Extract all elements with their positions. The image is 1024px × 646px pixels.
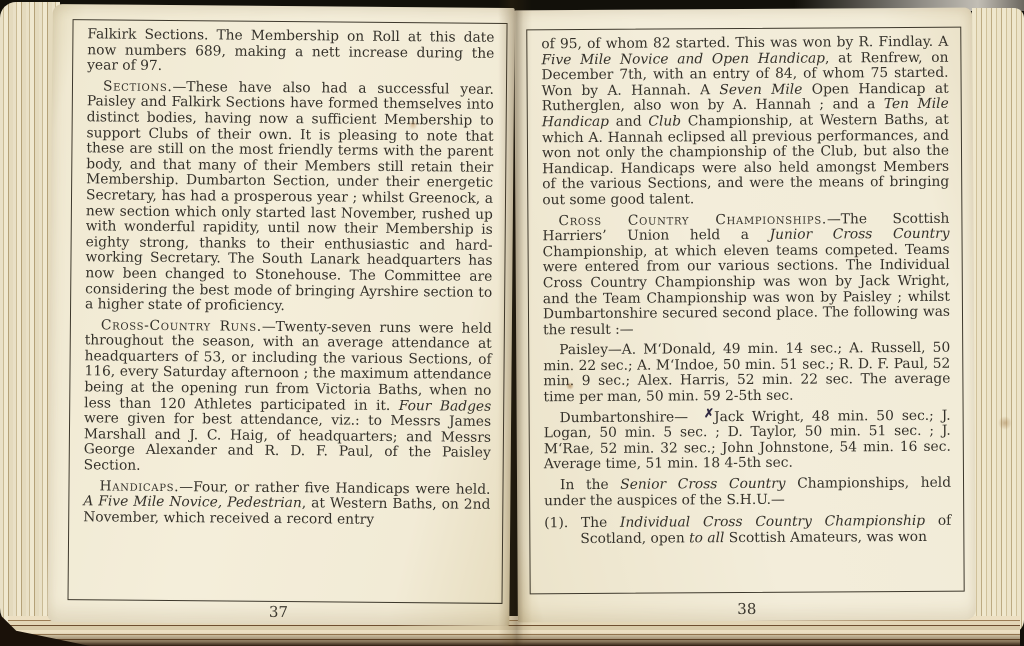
para-sections: Sections.—These have also had a successf…	[85, 79, 494, 316]
italic-text: Club	[648, 113, 681, 129]
para-paisley-result: Paisley—A. M‘Donald, 49 min. 14 sec.; A.…	[543, 341, 950, 406]
para-falkirk-membership: Falkirk Sections. The Membership on Roll…	[87, 27, 494, 77]
body-text: and	[609, 114, 649, 130]
para-cross-country-runs: Cross-Country Runs.—Twenty-seven runs we…	[84, 318, 492, 477]
right-page: of 95, of whom 82 started. This was won …	[514, 8, 976, 623]
para-dumbartonshire-result: Dumbartonshire—✗Jack Wright, 48 min. 50 …	[544, 408, 951, 473]
page-edges-right	[972, 8, 1024, 634]
page-number-left: 37	[47, 601, 509, 623]
body-text: —These have also had a successful year. …	[85, 79, 494, 314]
italic-text: Junior Cross Country	[769, 226, 949, 243]
para-handicaps-continued: of 95, of whom 82 started. This was won …	[541, 35, 949, 209]
body-text: In the	[560, 477, 620, 493]
book-photo: Falkirk Sections. The Membership on Roll…	[0, 0, 1024, 646]
body-text: Dumbartonshire—	[560, 409, 688, 426]
para-handicaps: Handicaps.—Four, or rather five Handicap…	[83, 479, 490, 529]
para-cross-country-championships: Cross Country Championships.—The Scottis…	[542, 211, 950, 338]
italic-text: Seven Mile	[719, 81, 802, 98]
italic-text: to all	[689, 530, 724, 546]
section-heading: Handicaps.	[99, 478, 179, 495]
body-text: were given for best attendance, viz.: to…	[84, 411, 492, 474]
right-page-rule-border: of 95, of whom 82 started. This was won …	[526, 27, 964, 595]
body-text: Championship, at which eleven teams comp…	[543, 241, 950, 337]
section-heading: Sections.	[103, 78, 173, 95]
body-text: Paisley—A. M‘Donald, 49 min. 14 sec.; A.…	[543, 340, 950, 405]
left-page: Falkirk Sections. The Membership on Roll…	[47, 4, 514, 626]
body-text: Falkirk Sections. The Membership on Roll…	[87, 26, 494, 74]
section-heading: Cross-Country Runs.	[101, 317, 262, 334]
body-text: (1). The	[544, 515, 620, 531]
body-text: Scottish Amateurs, was won	[724, 529, 927, 546]
italic-text: Senior Cross Country	[620, 476, 785, 493]
page-number-right: 38	[518, 599, 976, 620]
para-senior-championships: In the Senior Cross Country Championship…	[544, 476, 951, 510]
left-page-rule-border: Falkirk Sections. The Membership on Roll…	[68, 19, 508, 604]
italic-text: Four Badges	[399, 398, 492, 415]
para-list-item-1: (1). The Individual Cross Country Champi…	[544, 514, 951, 548]
